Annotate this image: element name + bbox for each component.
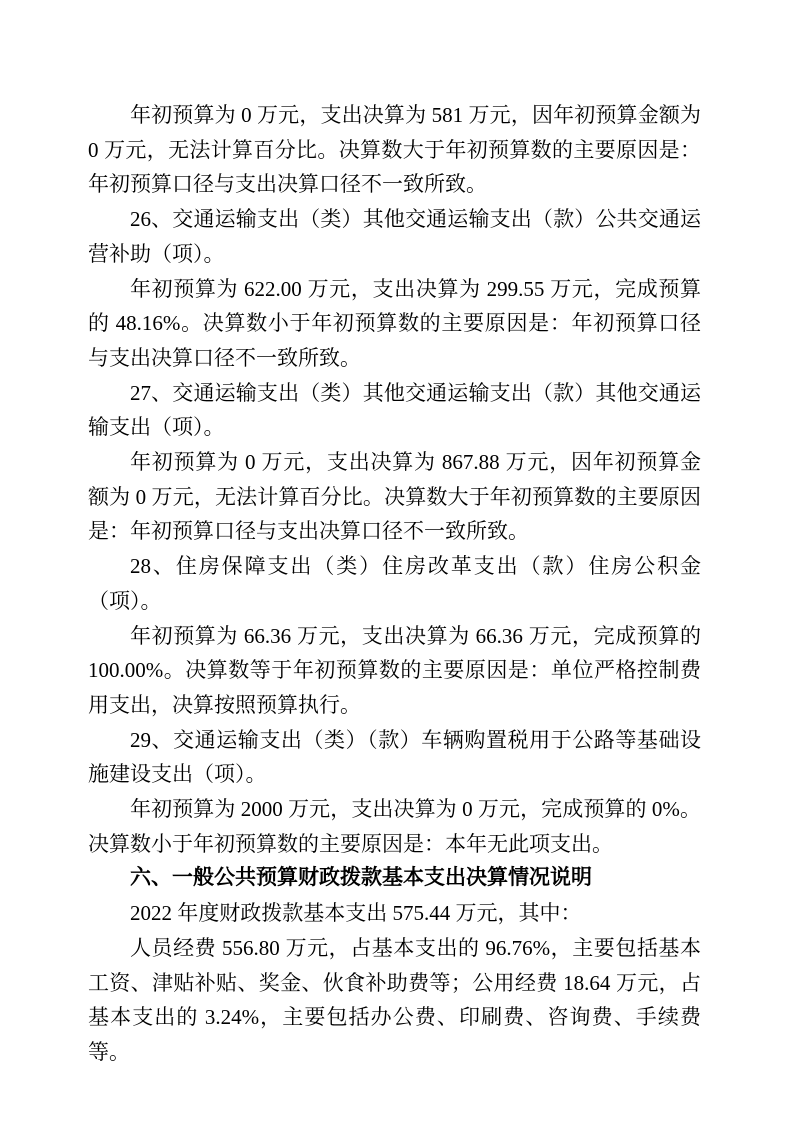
- para-item-26-title: 26、交通运输支出（类）其他交通运输支出（款）公共交通运营补助（项）。: [88, 202, 701, 271]
- para-item-29-title: 29、交通运输支出（类）（款）车辆购置税用于公路等基础设施建设支出（项）。: [88, 723, 701, 792]
- para-personnel-and-public-funds: 人员经费 556.80 万元，占基本支出的 96.76%，主要包括基本工资、津贴…: [88, 931, 701, 1070]
- para-item-27-title: 27、交通运输支出（类）其他交通运输支出（款）其他交通运输支出（项）。: [88, 376, 701, 445]
- document-page: 年初预算为 0 万元，支出决算为 581 万元，因年初预算金额为 0 万元，无法…: [0, 0, 793, 1122]
- para-item-29-figures: 年初预算为 2000 万元，支出决算为 0 万元，完成预算的 0%。决算数小于年…: [88, 792, 701, 861]
- para-item-28-figures: 年初预算为 66.36 万元，支出决算为 66.36 万元，完成预算的 100.…: [88, 619, 701, 723]
- para-basic-expenditure-total: 2022 年度财政拨款基本支出 575.44 万元，其中：: [88, 896, 701, 931]
- section-six-heading: 六、一般公共预算财政拨款基本支出决算情况说明: [88, 861, 701, 896]
- para-item-25-figures: 年初预算为 0 万元，支出决算为 581 万元，因年初预算金额为 0 万元，无法…: [88, 98, 701, 202]
- para-item-27-figures: 年初预算为 0 万元，支出决算为 867.88 万元，因年初预算金额为 0 万元…: [88, 445, 701, 549]
- para-item-26-figures: 年初预算为 622.00 万元，支出决算为 299.55 万元，完成预算的 48…: [88, 272, 701, 376]
- para-item-28-title: 28、住房保障支出（类）住房改革支出（款）住房公积金（项）。: [88, 549, 701, 618]
